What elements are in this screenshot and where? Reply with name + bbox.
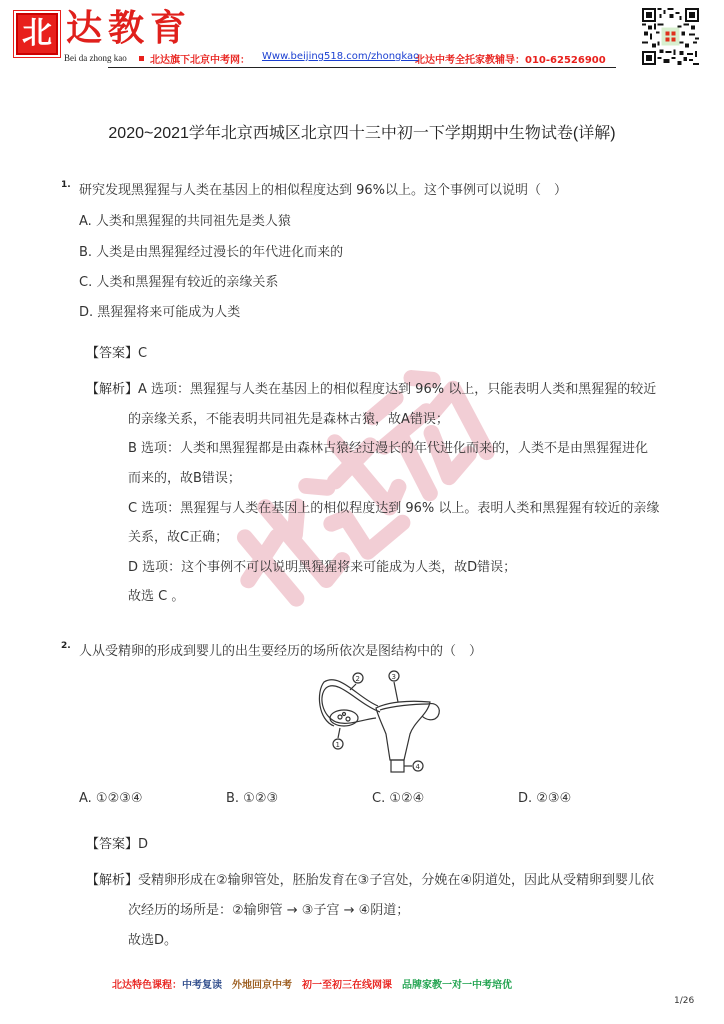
question-stem: 研究发现黑猩猩与人类在基因上的相似程度达到 96%以上。这个事例可以说明（ ） xyxy=(79,179,567,198)
analysis-line: 故选D。 xyxy=(128,929,177,948)
option-b: B. 人类是由黑猩猩经过漫长的年代进化而来的 xyxy=(79,241,343,260)
header-contact: 北达中考全托家教辅导：010-62526900 xyxy=(415,51,606,66)
analysis-line: C 选项：黑猩猩与人类在基因上的相似程度达到 96% 以上。表明人类和黑猩猩有较… xyxy=(128,497,659,516)
option-b: B. ①②③ xyxy=(226,791,278,806)
option-a: A. ①②③④ xyxy=(79,791,143,806)
footer-promo: 北达特色课程：中考复读外地回京中考初一至初三在线网课品牌家教一对一中考培优 xyxy=(112,976,522,991)
question-number: 1. xyxy=(61,180,71,190)
logo-pinyin: Bei da zhong kao xyxy=(64,53,127,63)
analysis-line: 而来的，故B错误； xyxy=(128,467,241,486)
analysis-row: 【解析】受精卵形成在②输卵管处，胚胎发育在③子宫处，分娩在④阴道处，因此从受精卵… xyxy=(86,869,654,888)
option-c: C. 人类和黑猩猩有较近的亲缘关系 xyxy=(79,271,278,290)
logo-text: 达教育 xyxy=(66,10,192,46)
svg-text:2: 2 xyxy=(356,675,360,683)
analysis-line: D 选项：这个事例不可以说明黑猩猩将来可能成为人类，故D错误； xyxy=(128,556,516,575)
footer-item: 初一至初三在线网课 xyxy=(302,980,392,991)
header-divider xyxy=(108,67,616,68)
question-number: 2. xyxy=(61,641,71,651)
answer-value: D xyxy=(138,837,148,852)
qr-code-icon xyxy=(642,8,699,65)
footer-item: 北达特色课程： xyxy=(112,980,182,991)
answer-label: 【答案】 xyxy=(86,837,138,852)
question-stem: 人从受精卵的形成到婴儿的出生要经历的场所依次是图结构中的（ ） xyxy=(79,640,482,659)
analysis-line: 故选 C 。 xyxy=(128,585,184,604)
answer-row: 【答案】C xyxy=(86,342,147,361)
analysis-label: 【解析】 xyxy=(86,382,138,397)
page-number: 1/26 xyxy=(674,996,694,1006)
analysis-line: 的亲缘关系，不能表明共同祖先是森林古猿，故A错误； xyxy=(128,408,449,427)
footer-item: 品牌家教一对一中考培优 xyxy=(402,980,512,991)
logo-mark: 北 xyxy=(16,13,58,55)
answer-value: C xyxy=(138,346,147,361)
svg-text:4: 4 xyxy=(416,763,421,771)
option-d: D. ②③④ xyxy=(518,791,571,806)
bullet-icon xyxy=(139,56,144,61)
answer-row: 【答案】D xyxy=(86,833,148,852)
analysis-label: 【解析】 xyxy=(86,873,138,888)
option-a: A. 人类和黑猩猩的共同祖先是类人猿 xyxy=(79,210,291,229)
answer-label: 【答案】 xyxy=(86,346,138,361)
footer-item: 中考复读 xyxy=(182,980,222,991)
reproductive-system-diagram: 2 3 1 4 xyxy=(318,664,448,776)
svg-text:3: 3 xyxy=(392,673,396,681)
header-site-label: 北达旗下北京中考网： xyxy=(150,51,250,66)
analysis-line: 次经历的场所是：②输卵管 → ③子宫 → ④阴道； xyxy=(128,899,409,918)
analysis-line: 受精卵形成在②输卵管处，胚胎发育在③子宫处，分娩在④阴道处，因此从受精卵到婴儿依 xyxy=(138,873,654,888)
analysis-line: B 选项：人类和黑猩猩都是由森林古猿经过漫长的年代进化而来的，人类不是由黑猩猩进… xyxy=(128,437,648,456)
watermark-stamp xyxy=(215,320,505,640)
analysis-row: 【解析】A 选项：黑猩猩与人类在基因上的相似程度达到 96% 以上，只能表明人类… xyxy=(86,378,656,397)
footer-item: 外地回京中考 xyxy=(232,980,292,991)
analysis-line: A 选项：黑猩猩与人类在基因上的相似程度达到 96% 以上，只能表明人类和黑猩猩… xyxy=(138,382,656,397)
page-header: 北 达教育 Bei da zhong kao 北达旗下北京中考网： Www.be… xyxy=(0,0,724,80)
option-d: D. 黑猩猩将来可能成为人类 xyxy=(79,301,240,320)
logo-char: 北 xyxy=(22,19,52,49)
header-site-link[interactable]: Www.beijing518.com/zhongkao xyxy=(262,51,419,62)
document-title: 2020~2021学年北京西城区北京四十三中初一下学期期中生物试卷(详解) xyxy=(0,120,724,143)
option-c: C. ①②④ xyxy=(372,791,424,806)
svg-text:1: 1 xyxy=(336,741,340,749)
analysis-line: 关系，故C正确； xyxy=(128,526,228,545)
